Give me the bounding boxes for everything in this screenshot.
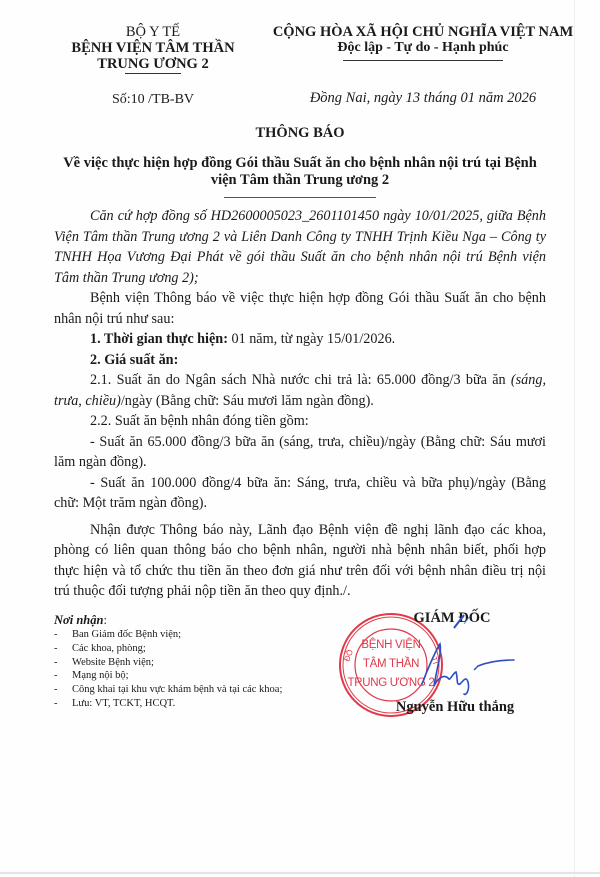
authority-underline (125, 73, 181, 74)
recipient-text: Các khoa, phòng; (72, 642, 146, 656)
recipients-title-text: Nơi nhận (54, 613, 103, 627)
subject-line-2: viện Tâm thần Trung ương 2 (50, 172, 550, 189)
initial-mark-icon (452, 612, 472, 630)
closing-paragraph: Nhận được Thông báo này, Lãnh đạo Bệnh v… (54, 520, 546, 602)
item-2-1-text: 2.1. Suất ăn do Ngân sách Nhà nước chi t… (90, 372, 511, 388)
section-1-value: 01 năm, từ ngày 15/01/2026. (228, 331, 395, 347)
document-number: Số:10 /TB-BV (38, 92, 268, 108)
item-2-2: 2.2. Suất ăn bệnh nhân đóng tiền gồm: (54, 411, 546, 432)
document-body: Căn cứ hợp đồng số HD2600005023_26011014… (54, 206, 546, 602)
scan-edge-bottom (0, 872, 600, 874)
recipient-text: Mạng nội bộ; (72, 669, 129, 683)
recipients-title-colon: : (103, 613, 106, 627)
document-type-title: THÔNG BÁO (0, 125, 600, 142)
ministry-name: BỘ Y TẾ (38, 24, 268, 40)
national-header: CỘNG HÒA XÃ HỘI CHỦ NGHĨA VIỆT NAM Độc l… (258, 24, 588, 61)
item-2-2-option-b: - Suất ăn 100.000 đồng/4 bữa ăn: Sáng, t… (54, 473, 546, 514)
subject-underline (224, 197, 376, 198)
section-1-label: 1. Thời gian thực hiện: (90, 331, 228, 347)
legal-basis-paragraph: Căn cứ hợp đồng số HD2600005023_26011014… (54, 206, 546, 288)
nation-name: CỘNG HÒA XÃ HỘI CHỦ NGHĨA VIỆT NAM (258, 24, 588, 40)
organization-name-line2: TRUNG ƯƠNG 2 (38, 56, 268, 72)
handwritten-signature-icon (418, 638, 518, 698)
section-1: 1. Thời gian thực hiện: 01 năm, từ ngày … (54, 329, 546, 350)
national-motto: Độc lập - Tự do - Hạnh phúc (258, 40, 588, 56)
recipient-text: Website Bệnh viện; (72, 656, 154, 670)
recipient-text: Ban Giám đốc Bệnh viện; (72, 628, 181, 642)
recipient-text: Lưu: VT, TCKT, HCQT. (72, 697, 175, 711)
place-and-date: Đồng Nai, ngày 13 tháng 01 năm 2026 (258, 90, 588, 107)
document-page: BỘ Y TẾ BỆNH VIỆN TÂM THẦN TRUNG ƯƠNG 2 … (0, 0, 600, 877)
section-2-heading: 2. Giá suất ăn: (54, 350, 546, 371)
recipient-text: Công khai tại khu vực khám bệnh và tại c… (72, 683, 282, 697)
item-2-1: 2.1. Suất ăn do Ngân sách Nhà nước chi t… (54, 370, 546, 411)
recipient-item: -Website Bệnh viện; (54, 656, 344, 670)
recipient-item: -Mạng nội bộ; (54, 669, 344, 683)
recipient-item: -Công khai tại khu vực khám bệnh và tại … (54, 683, 344, 697)
issuing-authority: BỘ Y TẾ BỆNH VIỆN TÂM THẦN TRUNG ƯƠNG 2 (38, 24, 268, 74)
intro-paragraph: Bệnh viện Thông báo về việc thực hiện hợ… (54, 288, 546, 329)
recipients-block: Nơi nhận: -Ban Giám đốc Bệnh viện; -Các … (54, 612, 344, 711)
recipient-item: -Lưu: VT, TCKT, HCQT. (54, 697, 344, 711)
item-2-2-option-a: - Suất ăn 65.000 đồng/3 bữa ăn (sáng, tr… (54, 432, 546, 473)
recipients-title: Nơi nhận: (54, 612, 344, 628)
recipient-item: -Các khoa, phòng; (54, 642, 344, 656)
item-2-1-amount-words: /ngày (Bằng chữ: Sáu mươi lăm ngàn đồng)… (121, 393, 374, 409)
signer-name: Nguyễn Hữu thắng (355, 699, 555, 716)
recipient-item: -Ban Giám đốc Bệnh viện; (54, 628, 344, 642)
subject-line-1: Về việc thực hiện hợp đồng Gói thầu Suất… (50, 155, 550, 172)
organization-name-line1: BỆNH VIỆN TÂM THẦN (38, 40, 268, 56)
document-subject: Về việc thực hiện hợp đồng Gói thầu Suất… (50, 155, 550, 189)
motto-underline (343, 60, 503, 61)
